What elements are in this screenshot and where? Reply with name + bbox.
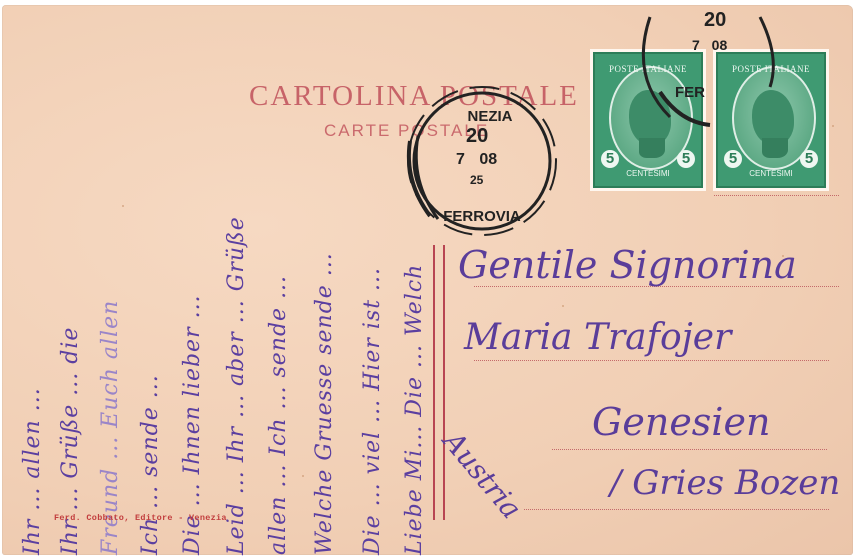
- address-line-3: Genesien: [592, 400, 770, 444]
- message-column: Die ... Ihnen lieber ...: [180, 15, 205, 555]
- message-column: Ihr ... Grüße ... die: [58, 15, 83, 555]
- divider-line: [433, 245, 435, 520]
- paper-speck: [302, 475, 304, 477]
- address-line-2: Maria Trafojer: [464, 317, 731, 358]
- postmark-year: 25: [470, 173, 483, 187]
- address-line-1: Gentile Signorina: [458, 243, 797, 287]
- message-column: Leid ... Ihr ... aber ... Grüße: [224, 15, 249, 555]
- publisher-imprint: Ferd. Cobbato, Editore - Venezia: [54, 513, 227, 523]
- postmark: FER 20 7 08: [630, 0, 790, 137]
- address-line: [474, 360, 829, 361]
- address-country: Austria: [437, 425, 528, 525]
- message-column: Welche Gruesse sende ...: [312, 15, 337, 555]
- message-column: Ihr ... allen ...: [20, 15, 45, 555]
- stamp-bottom-text: CENTESIMI: [718, 169, 824, 178]
- divider-line: [443, 245, 445, 520]
- message-column: allen ... Ich ... sende ...: [266, 15, 291, 555]
- paper-speck: [832, 125, 834, 127]
- postcard: CARTOLINA POSTALE CARTE POSTALE POSTE IT…: [2, 5, 853, 555]
- message-column: Liebe Mi... Die ... Welch: [402, 15, 427, 555]
- address-line: [552, 449, 827, 450]
- svg-text:FER: FER: [675, 84, 705, 101]
- postmark-day: 20: [466, 125, 488, 148]
- stamp-value: 5: [800, 150, 818, 168]
- address-line: [714, 195, 839, 196]
- postmark-date: 7 08: [456, 151, 497, 169]
- stamp-value: 5: [601, 150, 619, 168]
- paper-speck: [562, 305, 564, 307]
- message-column: Freund ... Euch allen: [98, 15, 123, 555]
- stamp-bottom-text: CENTESIMI: [595, 169, 701, 178]
- postmark-date: 7 08: [692, 37, 727, 53]
- stamp-value: 5: [677, 150, 695, 168]
- postmark-day: 20: [704, 9, 726, 32]
- stamp-value: 5: [724, 150, 742, 168]
- address-line-4: / Gries Bozen: [610, 463, 840, 503]
- address-line: [524, 509, 829, 510]
- message-column: Die ... viel ... Hier ist ...: [360, 15, 385, 555]
- message-column: Ich ... sende ...: [138, 15, 163, 555]
- svg-text:FERROVIA: FERROVIA: [443, 208, 521, 225]
- svg-text:NEZIA: NEZIA: [468, 108, 513, 125]
